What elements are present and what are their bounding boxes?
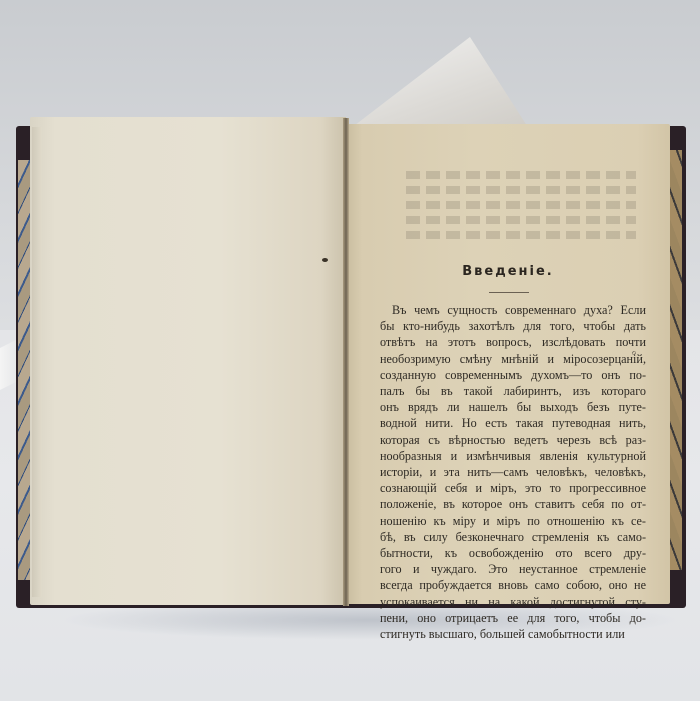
- text-line: успокаивается ни на какой достигнутой ст…: [380, 594, 646, 610]
- text-line: сознающій себя и міръ, это то прогрессив…: [380, 480, 646, 496]
- book-gutter: [343, 118, 349, 606]
- ink-spot: [322, 258, 328, 262]
- text-line: водной нити. Но есть такая путеводная ни…: [380, 415, 646, 431]
- text-line: пени, оно отрицаетъ ее для того, чтобы д…: [380, 610, 646, 626]
- text-line: онъ врядъ ли нашелъ бы выходъ безъ путе-: [380, 399, 646, 415]
- text-line: бытности, къ освобожденію ото всего дру-: [380, 545, 646, 561]
- text-line: всегда пробуждается вновь само собою, он…: [380, 577, 646, 593]
- text-line: бы кто-нибудь захотѣлъ для того, чтобы д…: [380, 318, 646, 334]
- heading-rule: [489, 292, 529, 293]
- photo-scene: Введеніе. Въ чемъ сущность современнаго …: [0, 0, 700, 701]
- text-line: ношенію къ міру и міръ по отношенію къ с…: [380, 513, 646, 529]
- text-line: нообразныя и измѣнчивыя явленія культурн…: [380, 448, 646, 464]
- text-line: Въ чемъ сущность современнаго духа? Если: [380, 302, 646, 318]
- bleed-through-text: [406, 164, 636, 254]
- text-line: бѣ, въ силу безконечнаго стремленія къ с…: [380, 529, 646, 545]
- text-line: которая съ вѣрностью ведетъ черезъ всѣ р…: [380, 432, 646, 448]
- marbled-board-right: [670, 150, 682, 570]
- text-line: созданную современнымъ духомъ—то онъ по-: [380, 367, 646, 383]
- text-line: палъ бы въ такой лабиринтъ, изъ котораго: [380, 383, 646, 399]
- text-line: необозримую смѣну мнѣній и міросозерцані…: [380, 351, 646, 367]
- page-stack-edge: [32, 127, 42, 597]
- text-line: исторіи, и эта нить—самъ человѣкъ, челов…: [380, 464, 646, 480]
- text-line: положеніе, въ которое онъ ставитъ себя п…: [380, 496, 646, 512]
- text-line: отвѣтъ на этотъ вопросъ, изслѣдовать поч…: [380, 334, 646, 350]
- text-line: гого и чуждаго. Это неустанное стремлені…: [380, 561, 646, 577]
- body-text: Въ чемъ сущность современнаго духа? Если…: [380, 302, 646, 642]
- left-page: [30, 117, 346, 605]
- right-page: Введеніе. Въ чемъ сущность современнаго …: [346, 124, 670, 604]
- text-line: стигнуть высшаго, большей самобытности и…: [380, 626, 646, 642]
- chapter-heading: Введеніе.: [346, 264, 670, 279]
